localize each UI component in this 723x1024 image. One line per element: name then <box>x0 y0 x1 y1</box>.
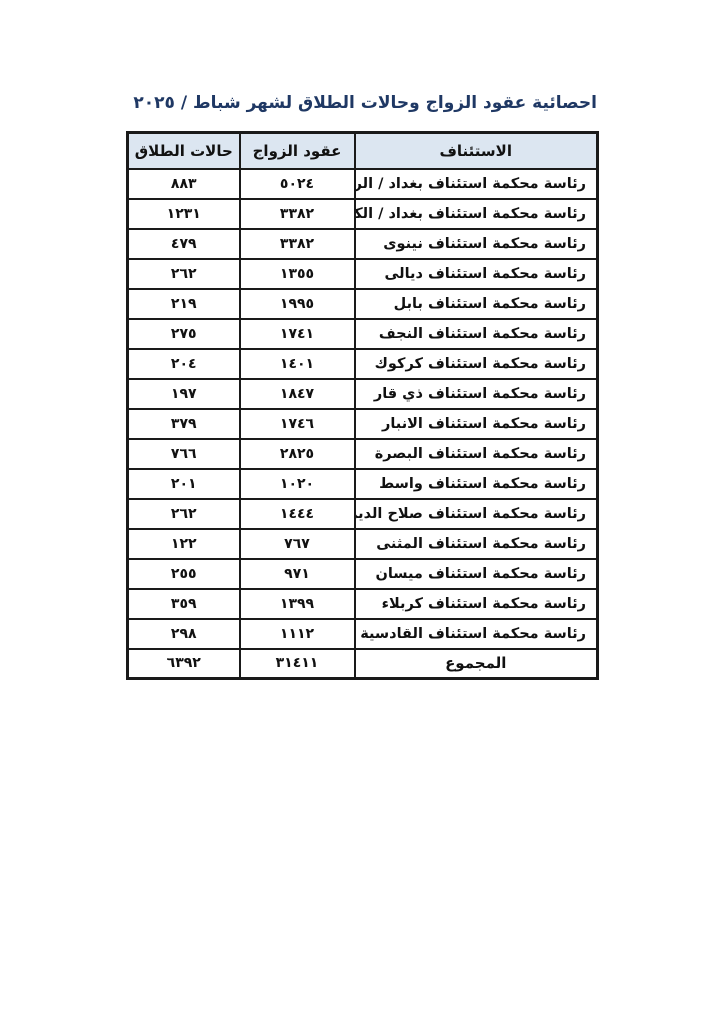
court-name: رئاسة محكمة استئناف ديالى <box>355 259 598 289</box>
court-name: رئاسة محكمة استئناف ذي قار <box>355 379 598 409</box>
divorce-count: ٨٨٣ <box>128 169 240 199</box>
divorce-count: ٢٦٢ <box>128 499 240 529</box>
marriage-count: ٩٧١ <box>240 559 355 589</box>
court-name: رئاسة محكمة استئناف المثنى <box>355 529 598 559</box>
divorce-count: ٢٩٨ <box>128 619 240 649</box>
marriage-count: ١١١٢ <box>240 619 355 649</box>
header-court: الاستئناف <box>355 133 598 169</box>
divorce-count: ٣٧٩ <box>128 409 240 439</box>
divorce-count: ٢٥٥ <box>128 559 240 589</box>
marriage-count: ٣٣٨٢ <box>240 199 355 229</box>
table-row: رئاسة محكمة استئناف بغداد / الكرخ ٣٣٨٢ ١… <box>128 199 598 229</box>
court-name: رئاسة محكمة استئناف الانبار <box>355 409 598 439</box>
court-name: رئاسة محكمة استئناف البصرة <box>355 439 598 469</box>
total-label: المجموع <box>355 649 598 679</box>
marriage-count: ١٧٤١ <box>240 319 355 349</box>
divorce-count: ١٩٧ <box>128 379 240 409</box>
table-row: رئاسة محكمة استئناف ميسان ٩٧١ ٢٥٥ <box>128 559 598 589</box>
divorce-count: ٢١٩ <box>128 289 240 319</box>
marriage-count: ٢٨٢٥ <box>240 439 355 469</box>
table-row: رئاسة محكمة استئناف الانبار ١٧٤٦ ٣٧٩ <box>128 409 598 439</box>
marriage-count: ١٤٤٤ <box>240 499 355 529</box>
statistics-table: الاستئناف عقود الزواج حالات الطلاق رئاسة… <box>126 131 599 680</box>
table-header-row: الاستئناف عقود الزواج حالات الطلاق <box>128 133 598 169</box>
table-row: رئاسة محكمة استئناف واسط ١٠٢٠ ٢٠١ <box>128 469 598 499</box>
marriage-count: ١٠٢٠ <box>240 469 355 499</box>
marriage-count: ٧٦٧ <box>240 529 355 559</box>
marriage-count: ٣٣٨٢ <box>240 229 355 259</box>
table-row: رئاسة محكمة استئناف البصرة ٢٨٢٥ ٧٦٦ <box>128 439 598 469</box>
divorce-count: ٢٠١ <box>128 469 240 499</box>
marriage-count: ١٤٠١ <box>240 349 355 379</box>
court-name: رئاسة محكمة استئناف صلاح الدين <box>355 499 598 529</box>
statistics-table-container: الاستئناف عقود الزواج حالات الطلاق رئاسة… <box>126 131 599 680</box>
marriage-count: ١٨٤٧ <box>240 379 355 409</box>
table-row: رئاسة محكمة استئناف بغداد / الرصافة ٥٠٢٤… <box>128 169 598 199</box>
table-row: رئاسة محكمة استئناف نينوى ٣٣٨٢ ٤٧٩ <box>128 229 598 259</box>
total-divorce-count: ٦٣٩٢ <box>128 649 240 679</box>
court-name: رئاسة محكمة استئناف القادسية <box>355 619 598 649</box>
divorce-count: ١٢٣١ <box>128 199 240 229</box>
marriage-count: ٥٠٢٤ <box>240 169 355 199</box>
table-row: رئاسة محكمة استئناف ذي قار ١٨٤٧ ١٩٧ <box>128 379 598 409</box>
court-name: رئاسة محكمة استئناف كركوك <box>355 349 598 379</box>
court-name: رئاسة محكمة استئناف ميسان <box>355 559 598 589</box>
document-page: احصائية عقود الزواج وحالات الطلاق لشهر ش… <box>0 0 723 1024</box>
divorce-count: ٧٦٦ <box>128 439 240 469</box>
court-name: رئاسة محكمة استئناف النجف <box>355 319 598 349</box>
table-row: رئاسة محكمة استئناف كربلاء ١٣٩٩ ٣٥٩ <box>128 589 598 619</box>
court-name: رئاسة محكمة استئناف كربلاء <box>355 589 598 619</box>
divorce-count: ٢٠٤ <box>128 349 240 379</box>
table-row: رئاسة محكمة استئناف النجف ١٧٤١ ٢٧٥ <box>128 319 598 349</box>
page-title: احصائية عقود الزواج وحالات الطلاق لشهر ش… <box>117 93 597 113</box>
marriage-count: ١٣٩٩ <box>240 589 355 619</box>
marriage-count: ١٩٩٥ <box>240 289 355 319</box>
divorce-count: ٢٦٢ <box>128 259 240 289</box>
marriage-count: ١٧٤٦ <box>240 409 355 439</box>
divorce-count: ٤٧٩ <box>128 229 240 259</box>
court-name: رئاسة محكمة استئناف بغداد / الكرخ <box>355 199 598 229</box>
court-name: رئاسة محكمة استئناف نينوى <box>355 229 598 259</box>
court-name: رئاسة محكمة استئناف بابل <box>355 289 598 319</box>
court-name: رئاسة محكمة استئناف واسط <box>355 469 598 499</box>
marriage-count: ١٣٥٥ <box>240 259 355 289</box>
table-row: رئاسة محكمة استئناف القادسية ١١١٢ ٢٩٨ <box>128 619 598 649</box>
table-row: رئاسة محكمة استئناف المثنى ٧٦٧ ١٢٢ <box>128 529 598 559</box>
table-row: رئاسة محكمة استئناف ديالى ١٣٥٥ ٢٦٢ <box>128 259 598 289</box>
table-total-row: المجموع ٣١٤١١ ٦٣٩٢ <box>128 649 598 679</box>
header-marriage-contracts: عقود الزواج <box>240 133 355 169</box>
court-name: رئاسة محكمة استئناف بغداد / الرصافة <box>355 169 598 199</box>
table-row: رئاسة محكمة استئناف بابل ١٩٩٥ ٢١٩ <box>128 289 598 319</box>
table-row: رئاسة محكمة استئناف كركوك ١٤٠١ ٢٠٤ <box>128 349 598 379</box>
divorce-count: ٣٥٩ <box>128 589 240 619</box>
divorce-count: ١٢٢ <box>128 529 240 559</box>
header-divorce-cases: حالات الطلاق <box>128 133 240 169</box>
divorce-count: ٢٧٥ <box>128 319 240 349</box>
total-marriage-count: ٣١٤١١ <box>240 649 355 679</box>
table-row: رئاسة محكمة استئناف صلاح الدين ١٤٤٤ ٢٦٢ <box>128 499 598 529</box>
